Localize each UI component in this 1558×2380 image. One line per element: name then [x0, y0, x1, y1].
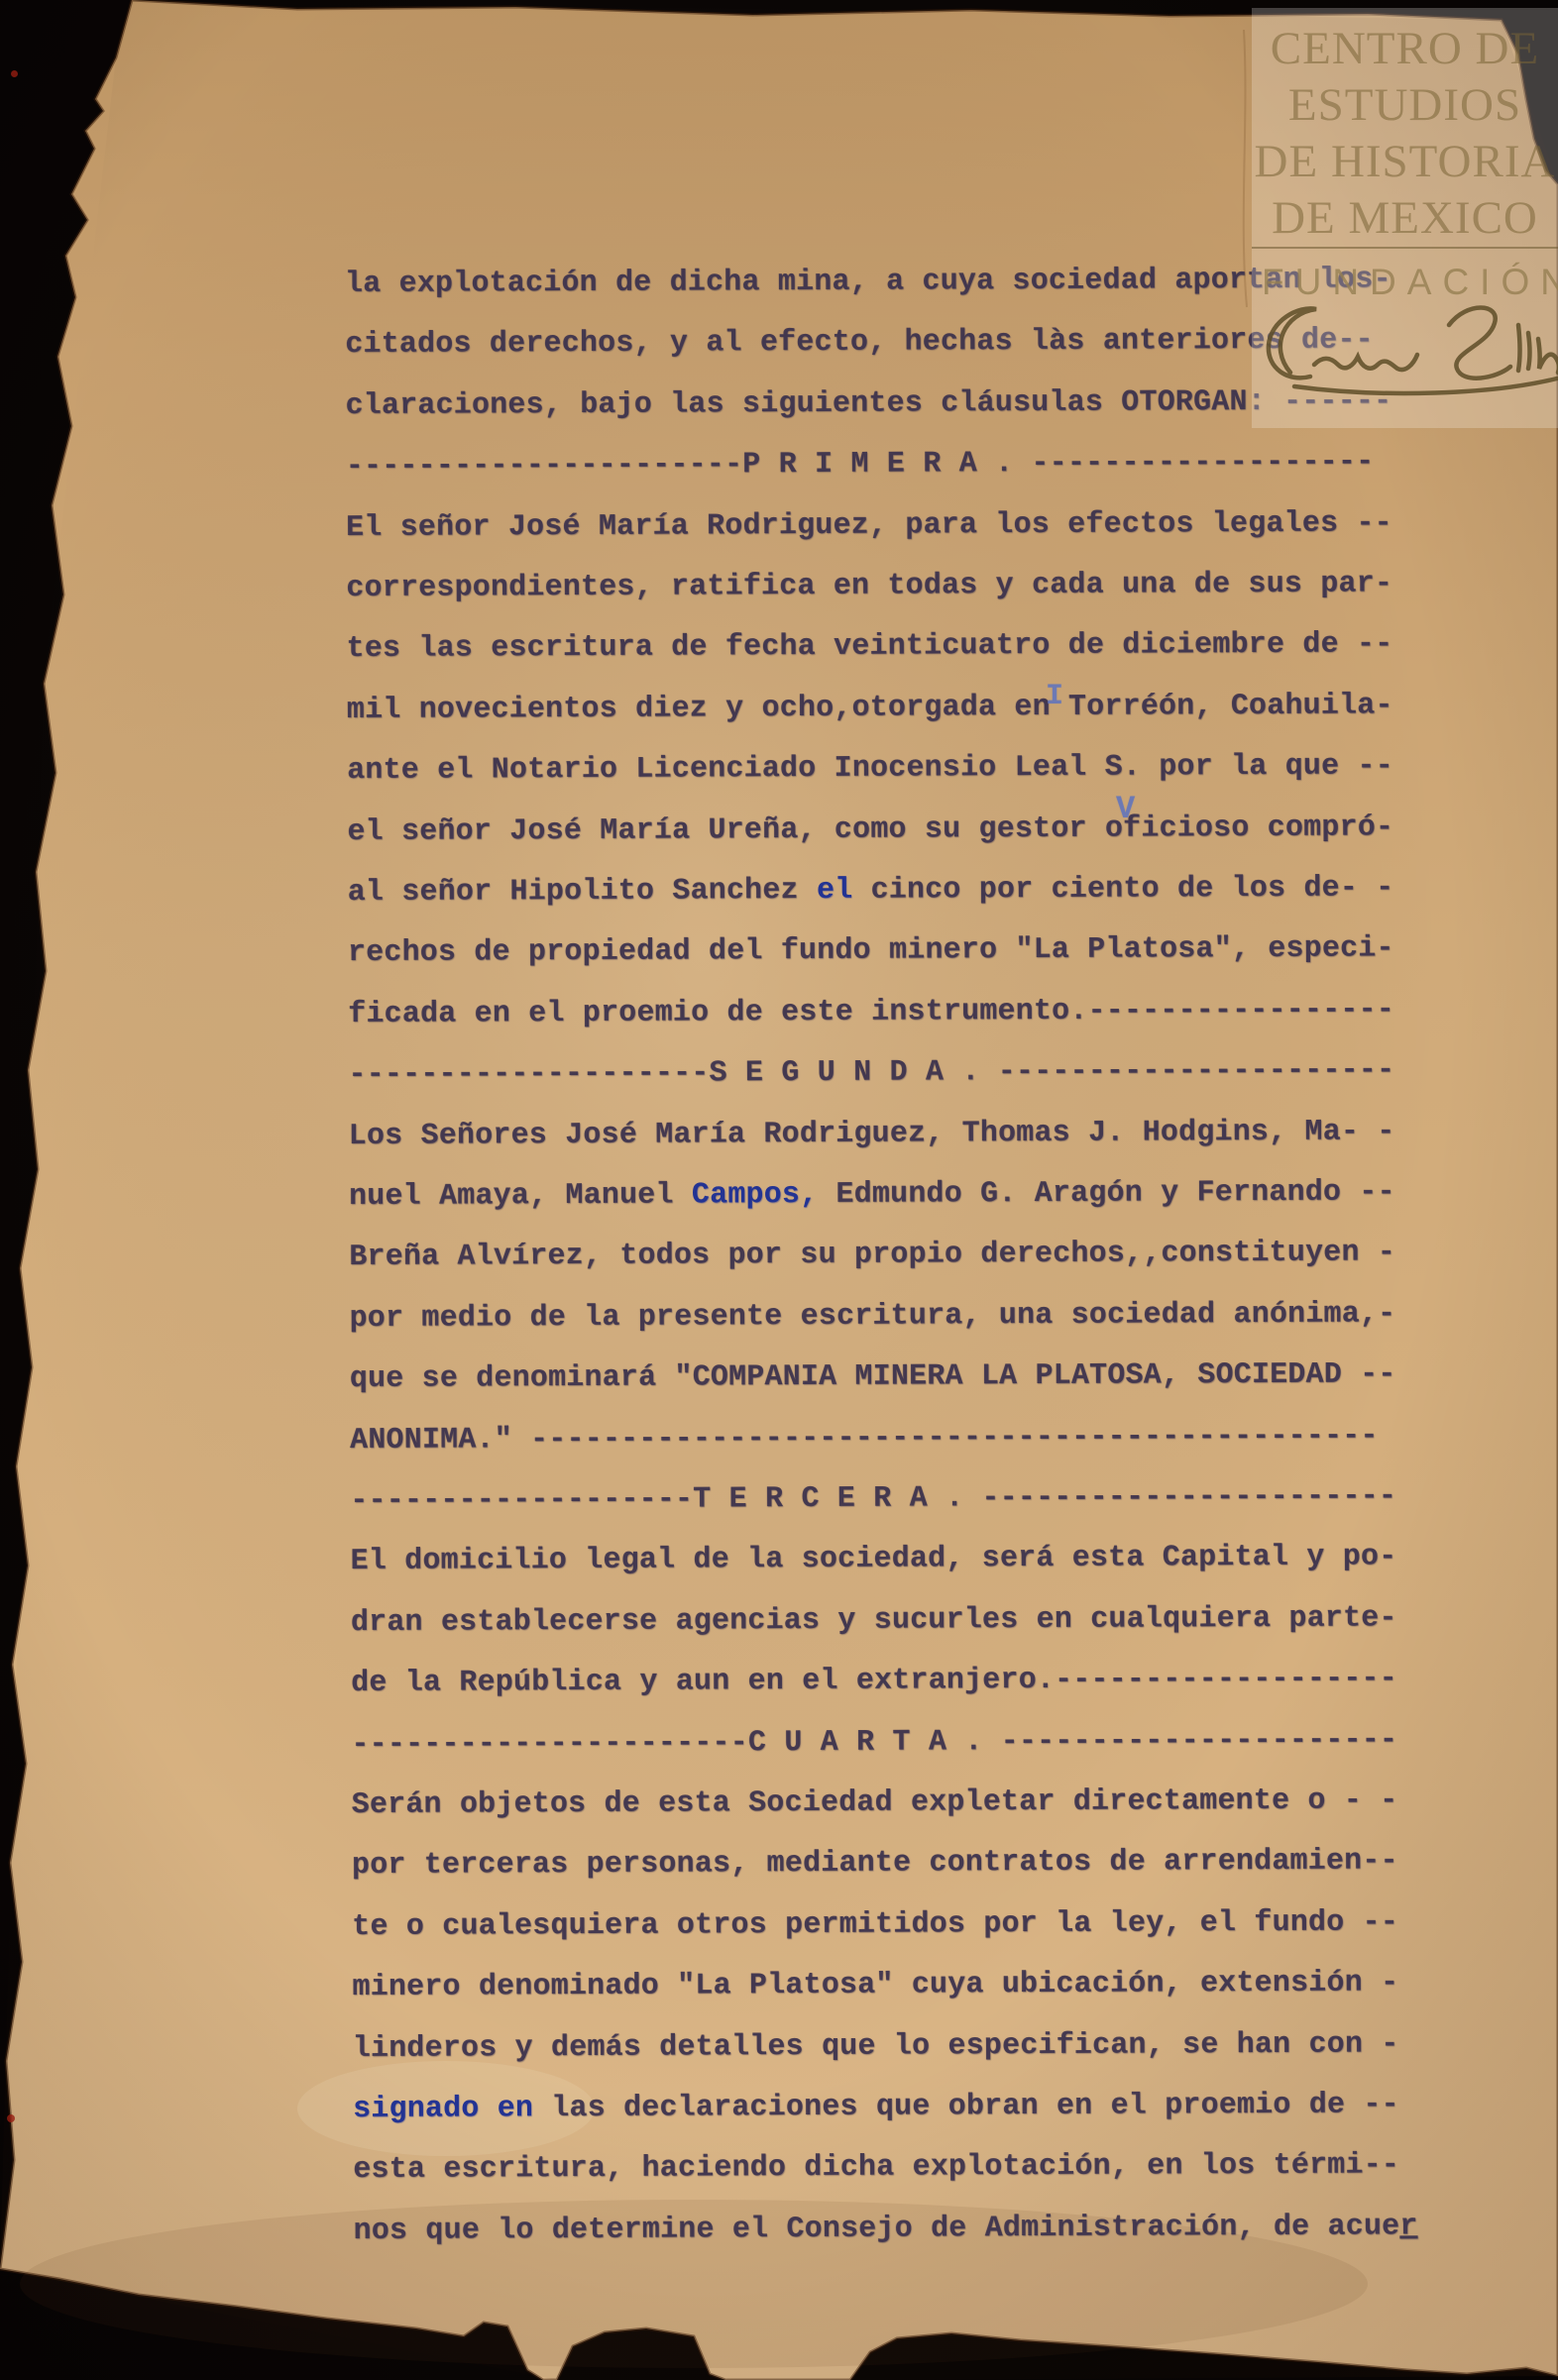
typed-line: citados derechos, y al efecto, hechas là… [345, 326, 1374, 361]
typed-line: ANONIMA." ------------------------------… [350, 1421, 1379, 1456]
typed-line: El domicilio legal de la sociedad, será … [351, 1543, 1397, 1577]
typed-segment: nos que lo determine el Consejo de Admin… [354, 2210, 1400, 2248]
typed-segment: claraciones, bajo las siguientes cláusul… [345, 384, 1391, 423]
typed-line: El señor José María Rodriguez, para los … [346, 508, 1392, 543]
typed-segment: ----------------------C U A R T A . ----… [351, 1723, 1397, 1762]
typed-line: esta escritura, haciendo dicha explotaci… [353, 2151, 1399, 2186]
typed-segment: que se denominará "COMPANIA MINERA LA PL… [350, 1358, 1396, 1397]
typed-segment: Breña Alvírez, todos por su propio derec… [349, 1237, 1395, 1275]
typed-line: ----------------------C U A R T A . ----… [351, 1725, 1397, 1760]
blue-ink-annotation: V [1116, 791, 1135, 827]
typed-segment: minero denominado "La Platosa" cuya ubic… [352, 1967, 1398, 2005]
typed-segment: --------------------S E G U N D A . ----… [348, 1054, 1394, 1093]
typed-line: por medio de la presente escritura, una … [350, 1299, 1396, 1334]
typed-segment: el señor José María Ureña, como su gesto… [347, 811, 1393, 849]
typed-line: el señor José María Ureña, como su gesto… [347, 812, 1393, 847]
typed-segment: citados derechos, y al efecto, hechas là… [345, 324, 1374, 363]
typed-line: mil novecientos diez y ocho,otorgada en … [347, 691, 1393, 725]
typed-segment: ante el Notario Licenciado Inocensio Lea… [347, 750, 1393, 789]
typed-segment: por medio de la presente escritura, una … [349, 1297, 1395, 1336]
typed-line: la explotación de dicha mina, a cuya soc… [345, 265, 1391, 299]
typed-line: minero denominado "La Platosa" cuya ubic… [352, 1969, 1398, 2003]
typed-line: que se denominará "COMPANIA MINERA LA PL… [350, 1360, 1396, 1395]
typed-segment: te o cualesquiera otros permitidos por l… [352, 1905, 1398, 1944]
typed-line: dran establecerse agencias y sucurles en… [351, 1603, 1397, 1638]
watermark-institution-line: DE HISTORIA [1252, 135, 1558, 188]
typed-segment: de la República y aun en el extranjero.-… [351, 1663, 1397, 1701]
typed-line: ante el Notario Licenciado Inocensio Lea… [347, 752, 1393, 787]
blue-ink-annotation: I [1046, 680, 1063, 713]
typed-line: de la República y aun en el extranjero.-… [351, 1665, 1397, 1699]
typed-line: Los Señores José María Rodriguez, Thomas… [349, 1117, 1395, 1151]
typed-line: nos que lo determine el Consejo de Admin… [354, 2212, 1418, 2246]
carlos-slim-signature [1255, 295, 1558, 404]
typed-segment: El domicilio legal de la sociedad, será … [351, 1541, 1397, 1579]
typed-lines-container: la explotación de dicha mina, a cuya soc… [0, 0, 1553, 2]
archive-scan-background: la explotación de dicha mina, a cuya soc… [0, 0, 1558, 2380]
typed-segment: las declaraciones que obran en el proemi… [533, 2088, 1399, 2125]
typed-line: -------------------T E R C E R A . -----… [350, 1481, 1396, 1516]
typed-segment: Edmundo G. Aragón y Fernando -- [818, 1175, 1395, 1212]
typed-segment: El señor José María Rodriguez, para los … [346, 506, 1392, 545]
blue-ink-segment: signado en [353, 2092, 533, 2126]
typed-segment: dran establecerse agencias y sucurles en… [351, 1601, 1397, 1640]
typed-segment: rechos de propiedad del fundo minero "La… [348, 932, 1394, 971]
typed-line: Breña Alvírez, todos por su propio derec… [349, 1239, 1395, 1273]
watermark-divider [1252, 247, 1558, 249]
typed-segment: tes las escritura de fecha veinticuatro … [347, 628, 1393, 667]
typed-line: ficada en el proemio de este instrumento… [348, 995, 1394, 1029]
typed-segment: ANONIMA." ------------------------------… [350, 1419, 1379, 1458]
typed-line: por terceras personas, mediante contrato… [352, 1847, 1398, 1882]
typed-line: te o cualesquiera otros permitidos por l… [352, 1907, 1398, 1942]
typed-line: tes las escritura de fecha veinticuatro … [347, 630, 1393, 665]
typed-segment: nuel Amaya, Manuel [349, 1178, 692, 1214]
typed-segment: linderos y demás detalles que lo especif… [353, 2027, 1399, 2066]
typed-segment: la explotación de dicha mina, a cuya soc… [345, 263, 1391, 301]
typed-segment: -------------------T E R C E R A . -----… [350, 1479, 1396, 1518]
typed-line: rechos de propiedad del fundo minero "La… [348, 934, 1394, 969]
watermark-institution-line: ESTUDIOS [1252, 78, 1558, 132]
typed-segment: correspondientes, ratifica en todas y ca… [346, 567, 1392, 605]
typed-line: al señor Hipolito Sanchez el cinco por c… [348, 873, 1394, 908]
watermark-institution-line: DE MEXICO [1252, 191, 1558, 245]
blue-ink-segment: el [817, 874, 853, 908]
typed-segment: Serán objetos de esta Sociedad expletar … [352, 1784, 1398, 1822]
typed-line: --------------------S E G U N D A . ----… [348, 1056, 1394, 1091]
typed-segment: cinco por ciento de los de- - [852, 871, 1393, 907]
typed-segment: ----------------------P R I M E R A . --… [346, 446, 1375, 485]
typed-segment: mil novecientos diez y ocho,otorgada en … [347, 689, 1393, 727]
typed-segment: al señor Hipolito Sanchez [348, 874, 817, 910]
typed-line: claraciones, bajo las siguientes cláusul… [345, 386, 1391, 421]
typed-line: Serán objetos de esta Sociedad expletar … [352, 1785, 1398, 1820]
typed-line: ----------------------P R I M E R A . --… [346, 448, 1375, 483]
typed-line: signado en las declaraciones que obran e… [353, 2090, 1399, 2124]
typed-line: nuel Amaya, Manuel Campos, Edmundo G. Ar… [349, 1177, 1395, 1212]
typed-segment: por terceras personas, mediante contrato… [352, 1845, 1398, 1884]
typed-segment: Los Señores José María Rodriguez, Thomas… [349, 1115, 1395, 1153]
watermark-institution-line: CENTRO DE [1252, 22, 1558, 75]
blue-ink-segment: Campos, [692, 1178, 819, 1213]
typed-line: correspondientes, ratifica en todas y ca… [346, 569, 1392, 603]
typed-line: linderos y demás detalles que lo especif… [353, 2029, 1399, 2064]
underlined-segment: r [1399, 2210, 1417, 2243]
typed-segment: esta escritura, haciendo dicha explotaci… [353, 2149, 1399, 2188]
typed-segment: ficada en el proemio de este instrumento… [348, 993, 1394, 1031]
